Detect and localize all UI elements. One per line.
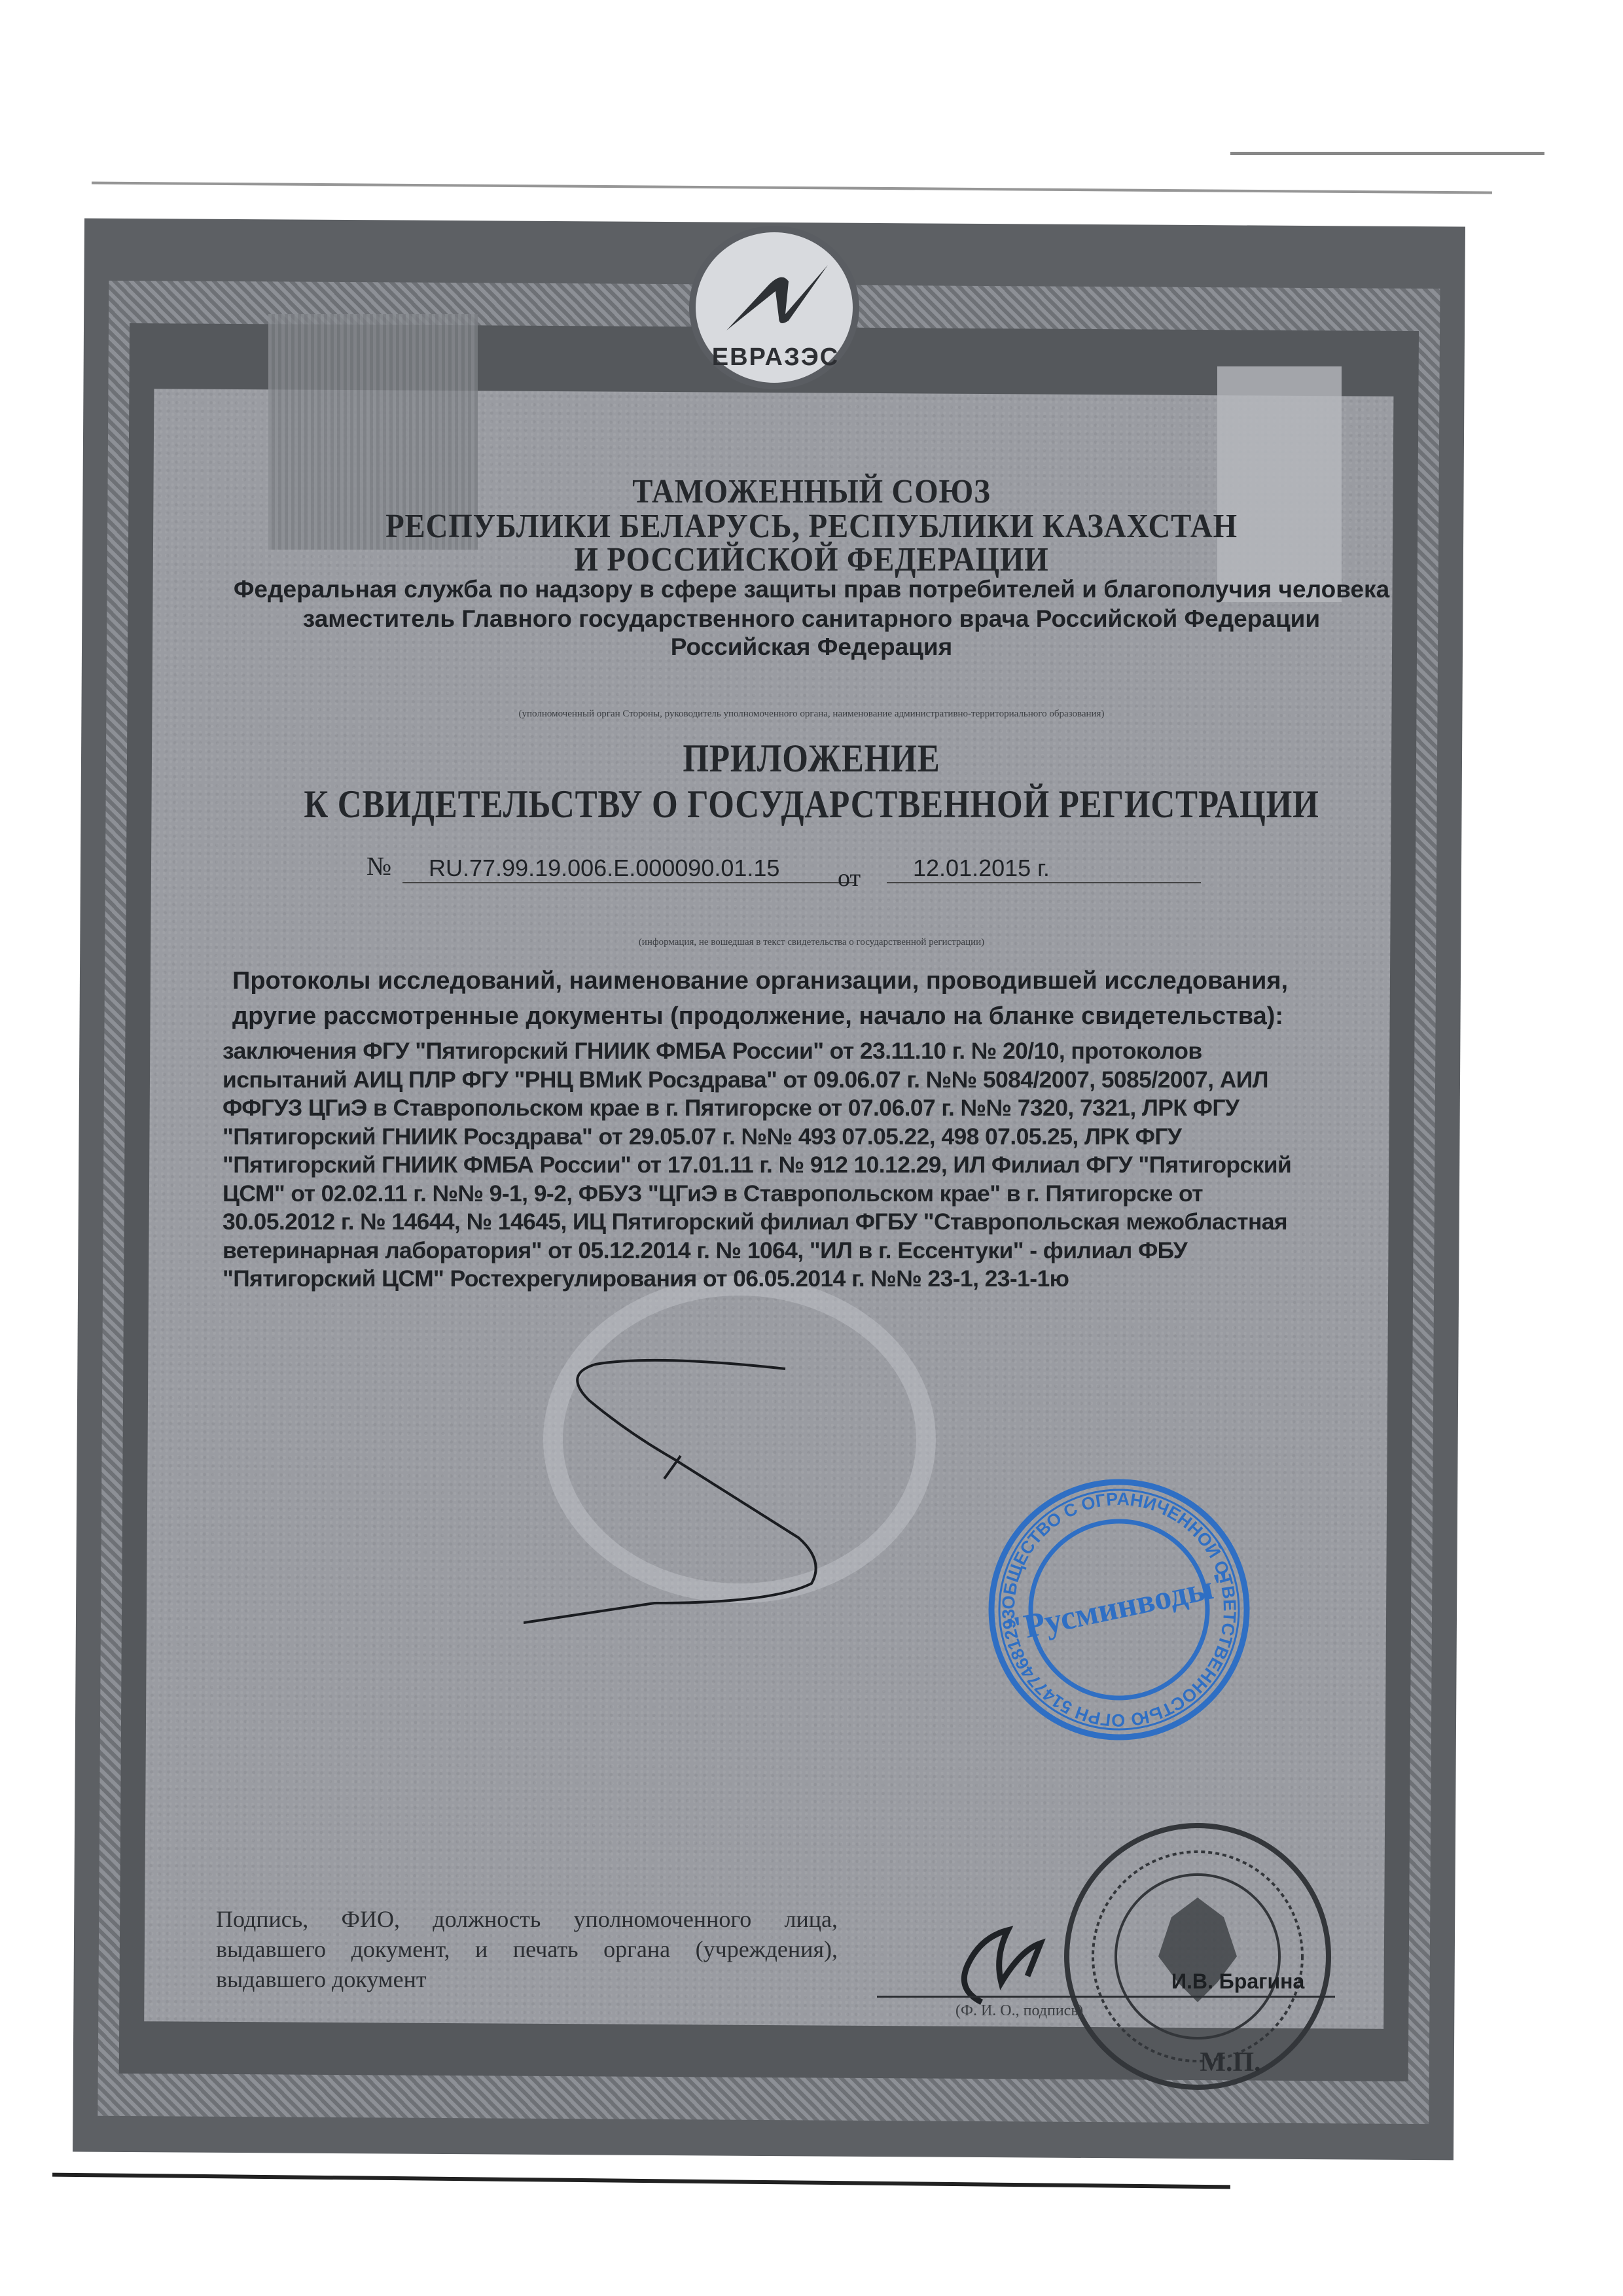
registration-number: RU.77.99.19.006.E.000090.01.15 [402,855,854,883]
protocols-text: заключения ФГУ "Пятигорский ГНИИК ФМБА Р… [223,1037,1374,1294]
protocols-line: 30.05.2012 г. № 14644, № 14645, ИЦ Пятиг… [223,1208,1374,1237]
signer-signature-icon [942,1911,1073,2009]
protocols-line: испытаний АИЦ ПЛР ФГУ "РНЦ ВМиК Росздрав… [223,1066,1374,1095]
number-label: № [366,851,391,881]
protocols-line: ветеринарная лаборатория" от 05.12.2014 … [223,1237,1374,1265]
date-label: от [838,864,861,892]
protocols-line: ЦСМ" от 02.02.11 г. №№ 9-1, 9-2, ФБУЗ "Ц… [223,1180,1374,1209]
government-seal-icon: М.П. [1060,1819,1335,2094]
fio-caption: (Ф. И. О., подпись) [955,2002,1083,2020]
signature-caption: Подпись, ФИО, должность уполномоченного … [216,1904,838,1994]
signature-line [877,1996,1335,1998]
protocols-line: заключения ФГУ "Пятигорский ГНИИК ФМБА Р… [223,1037,1374,1066]
svg-text:М.П.: М.П. [1200,2047,1260,2077]
registration-date: 12.01.2015 г. [887,855,1201,883]
authority-caption: (уполномоченный орган Стороны, руководит… [0,709,1623,720]
signer-name: И.В. Брагина [1171,1969,1304,1994]
union-title-line-1: ТАМОЖЕННЫЙ СОЮЗ [81,472,1542,511]
protocols-line: "Пятигорский ГНИИК Росздрава" от 29.05.0… [223,1123,1374,1152]
company-seal-icon: ОБЩЕСТВО С ОГРАНИЧЕННОЙ ОТВЕТСТВЕННОСТЬЮ… [985,1475,1253,1744]
registration-caption: (информация, не вошедшая в текст свидете… [0,937,1623,948]
protocols-line: ФФГУЗ ЦГиЭ в Ставропольском крае в г. Пя… [223,1094,1374,1123]
protocols-line: "Пятигорский ЦСМ" Ростехрегулирования от… [223,1265,1374,1294]
authority-line-2: заместитель Главного государственного са… [0,605,1623,633]
document-title: ПРИЛОЖЕНИЕ [122,736,1501,781]
protocols-line: "Пятигорский ГНИИК ФМБА России" от 17.01… [223,1151,1374,1180]
authority-line-3: Российская Федерация [0,633,1623,661]
protocols-heading-1: Протоколы исследований, наименование орг… [232,967,1384,995]
registration-line: № RU.77.99.19.006.E.000090.01.15 от 12.0… [366,851,1178,890]
handwritten-signature-icon [524,1328,982,1629]
document-subtitle: К СВИДЕТЕЛЬСТВУ О ГОСУДАРСТВЕННОЙ РЕГИСТ… [122,782,1501,827]
protocols-heading-2: другие рассмотренные документы (продолже… [232,1002,1384,1031]
union-title-line-3: И РОССИЙСКОЙ ФЕДЕРАЦИИ [81,540,1542,579]
authority-line-1: Федеральная служба по надзору в сфере за… [0,576,1623,603]
